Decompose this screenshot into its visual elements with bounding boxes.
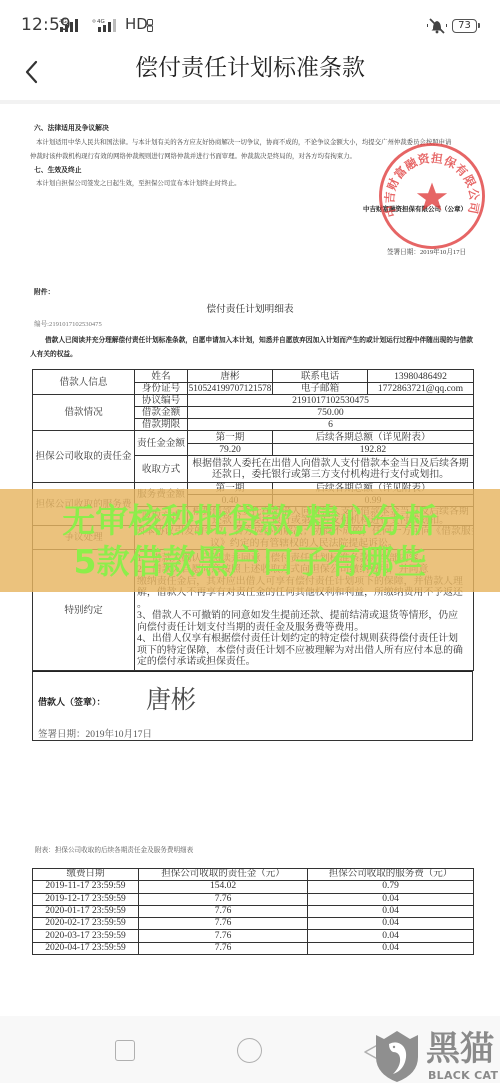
battery-level: 73 [458,20,471,31]
table-row: 2020-01-17 23:59:59 7.76 0.04 [33,905,474,917]
borrower-email: 1772863721@qq.com [368,383,474,395]
payment-date: 2020-01-17 23:59:59 [33,905,139,917]
svg-text:4G: 4G [59,19,67,25]
payment-date: 2019-11-17 23:59:59 [33,881,139,893]
special-line: 项下的特定保障，本偿付责任计划不应被理解为对出借人所有应付本息的确 [137,645,473,657]
intro-line: 人有关的权益。 [30,350,77,360]
special-line: 。 [137,599,473,611]
liability-first-label: 第一期 [188,431,273,444]
agreement-number: 2191017102530475 [188,395,474,407]
borrower-signature-box: 借款人（签章）： 唐彬 签署日期：2019年10月17日 [32,671,473,741]
watermark-en: BLACK CAT [428,1070,498,1082]
agreement-label: 协议编号 [135,395,188,407]
service-amount: 0.04 [308,942,474,954]
col-header-liability: 担保公司收取的责任金（元） [139,869,308,881]
service-amount: 0.04 [308,893,474,905]
signal-icon: 4G [92,18,122,33]
watermark-cn: 黑猫 [426,1031,494,1067]
payment-date: 2019-12-17 23:59:59 [33,893,139,905]
mute-bell-icon [426,17,448,34]
liability-amount-label: 责任金金额 [135,431,188,456]
service-amount: 0.04 [308,905,474,917]
special-line: 4、出借人仅享有根据偿付责任计划约定的特定偿付规则获得偿付责任计划 [137,633,473,645]
loan-term: 6 [188,419,474,431]
liability-fee-label: 担保公司收取的责任金 [33,431,135,483]
borrower-name: 唐彬 [188,370,273,383]
service-amount: 0.04 [308,918,474,930]
battery-icon: 73 [452,19,477,33]
special-line: 向偿付责任计划支付当期的责任金及服务费等费用。 [137,622,473,634]
home-button[interactable] [237,1038,262,1063]
system-navigation-bar: 黑猫 BLACK CAT [0,1016,500,1083]
liability-amount: 7.76 [139,918,308,930]
company-seal-stamp: 中吉财富融资担保有限公司 [376,140,488,252]
liability-rest-amount: 192.82 [273,444,474,456]
liability-amount: 7.76 [139,905,308,917]
liability-method: 根据借款人委托在出借人向借款人支付借款本金当日及后续各期 还款日，委托银行或第三… [188,456,474,483]
promo-line-2: 5款借款黑户口子有哪些 [0,544,500,580]
liability-amount: 7.76 [139,930,308,942]
service-amount: 0.04 [308,930,474,942]
promo-line-1: 无审核秒批贷款,精心分析 [0,503,500,539]
liability-method-label: 收取方式 [135,456,188,483]
appendix-table: 缴费日期 担保公司收取的责任金（元） 担保公司收取的服务费（元） 2019-11… [32,868,474,955]
payment-date: 2020-04-17 23:59:59 [33,942,139,954]
status-bar: 12:59 4G 4G HD 73 [0,0,500,45]
loan-amount-label: 借款金额 [135,407,188,419]
signature-name: 唐彬 [146,686,196,714]
svg-text:4G: 4G [97,19,105,25]
table-row: 2019-11-17 23:59:59 154.02 0.79 [33,881,474,893]
promo-banner: 无审核秒批贷款,精心分析 5款借款黑户口子有哪些 [0,489,500,592]
id-label: 身份证号 [135,383,188,395]
table-row: 2020-04-17 23:59:59 7.76 0.04 [33,942,474,954]
table-row: 2020-03-17 23:59:59 7.76 0.04 [33,930,474,942]
section6-heading: 六、法律适用及争议解决 [34,124,109,134]
liability-amount: 7.76 [139,893,308,905]
table-row: 2020-02-17 23:59:59 7.76 0.04 [33,918,474,930]
payment-date: 2020-02-17 23:59:59 [33,918,139,930]
loan-amount: 750.00 [188,407,474,419]
liability-amount: 7.76 [139,942,308,954]
payment-date: 2020-03-17 23:59:59 [33,930,139,942]
liability-amount: 154.02 [139,881,308,893]
special-line: 定的偿付承诺或担保责任。 [137,656,473,668]
table-row: 2019-12-17 23:59:59 7.76 0.04 [33,893,474,905]
email-label: 电子邮箱 [273,383,368,395]
liability-first-amount: 79.20 [188,444,273,456]
col-header-date: 缴费日期 [33,869,139,881]
col-header-service: 担保公司收取的服务费（元） [308,869,474,881]
liability-rest-label: 后续各期总额（详见附表） [273,431,474,444]
section7-heading: 七、生效及终止 [34,166,82,176]
appendix-header-row: 缴费日期 担保公司收取的责任金（元） 担保公司收取的服务费（元） [33,869,474,881]
borrower-info-label: 借款人信息 [33,370,135,395]
recent-apps-button[interactable] [115,1040,135,1061]
detail-table-title: 偿付责任计划明细表 [0,304,500,316]
section7-line: 本计划自担保公司签发之日起生效，至担保公司宣布本计划终止时终止。 [36,179,241,189]
borrower-phone: 13980486492 [368,370,474,383]
liability-method-line: 根据借款人委托在出借人向借款人支付借款本金当日及后续各期 [188,458,473,470]
intro-line: 借款人已阅读并充分理解偿付责任计划标准条款，自愿申请加入本计划，知悉并自愿放弃因… [45,336,473,346]
borrower-id-number: 510524199707121578 [188,383,273,395]
hd-label: HD [125,16,148,33]
attachment-label: 附件： [34,288,54,298]
page-title: 偿付责任计划标准条款 [0,54,500,82]
signature-date: 签署日期：2019年10月17日 [38,730,152,741]
data-activity-icon [147,19,153,32]
signature-label: 借款人（签章）： [38,697,106,708]
black-cat-shield-icon [375,1030,419,1083]
service-amount: 0.79 [308,881,474,893]
section6-line: 仲裁时该仲裁机构现行有效的网络仲裁规则进行网络仲裁并进行书面审理。仲裁裁决是终局… [30,152,356,162]
appendix-caption: 附表：担保公司收取的后续各期责任金及服务费明细表 [35,846,193,856]
phone-label: 联系电话 [273,370,368,383]
loan-info-label: 借款情况 [33,395,135,431]
signal-icon: 4G [59,18,83,33]
name-label: 姓名 [135,370,188,383]
loan-term-label: 借款期限 [135,419,188,431]
special-line: 3、借款人不可撤销的同意如发生提前还款、提前结清或退货等情形，仍应 [137,610,473,622]
app-header: 偿付责任计划标准条款 [0,45,500,100]
liability-method-line: 还款日，委托银行或第三方支付机构进行支付或划扣。 [188,469,473,481]
serial-number: 编号:2191017102530475 [34,320,102,330]
